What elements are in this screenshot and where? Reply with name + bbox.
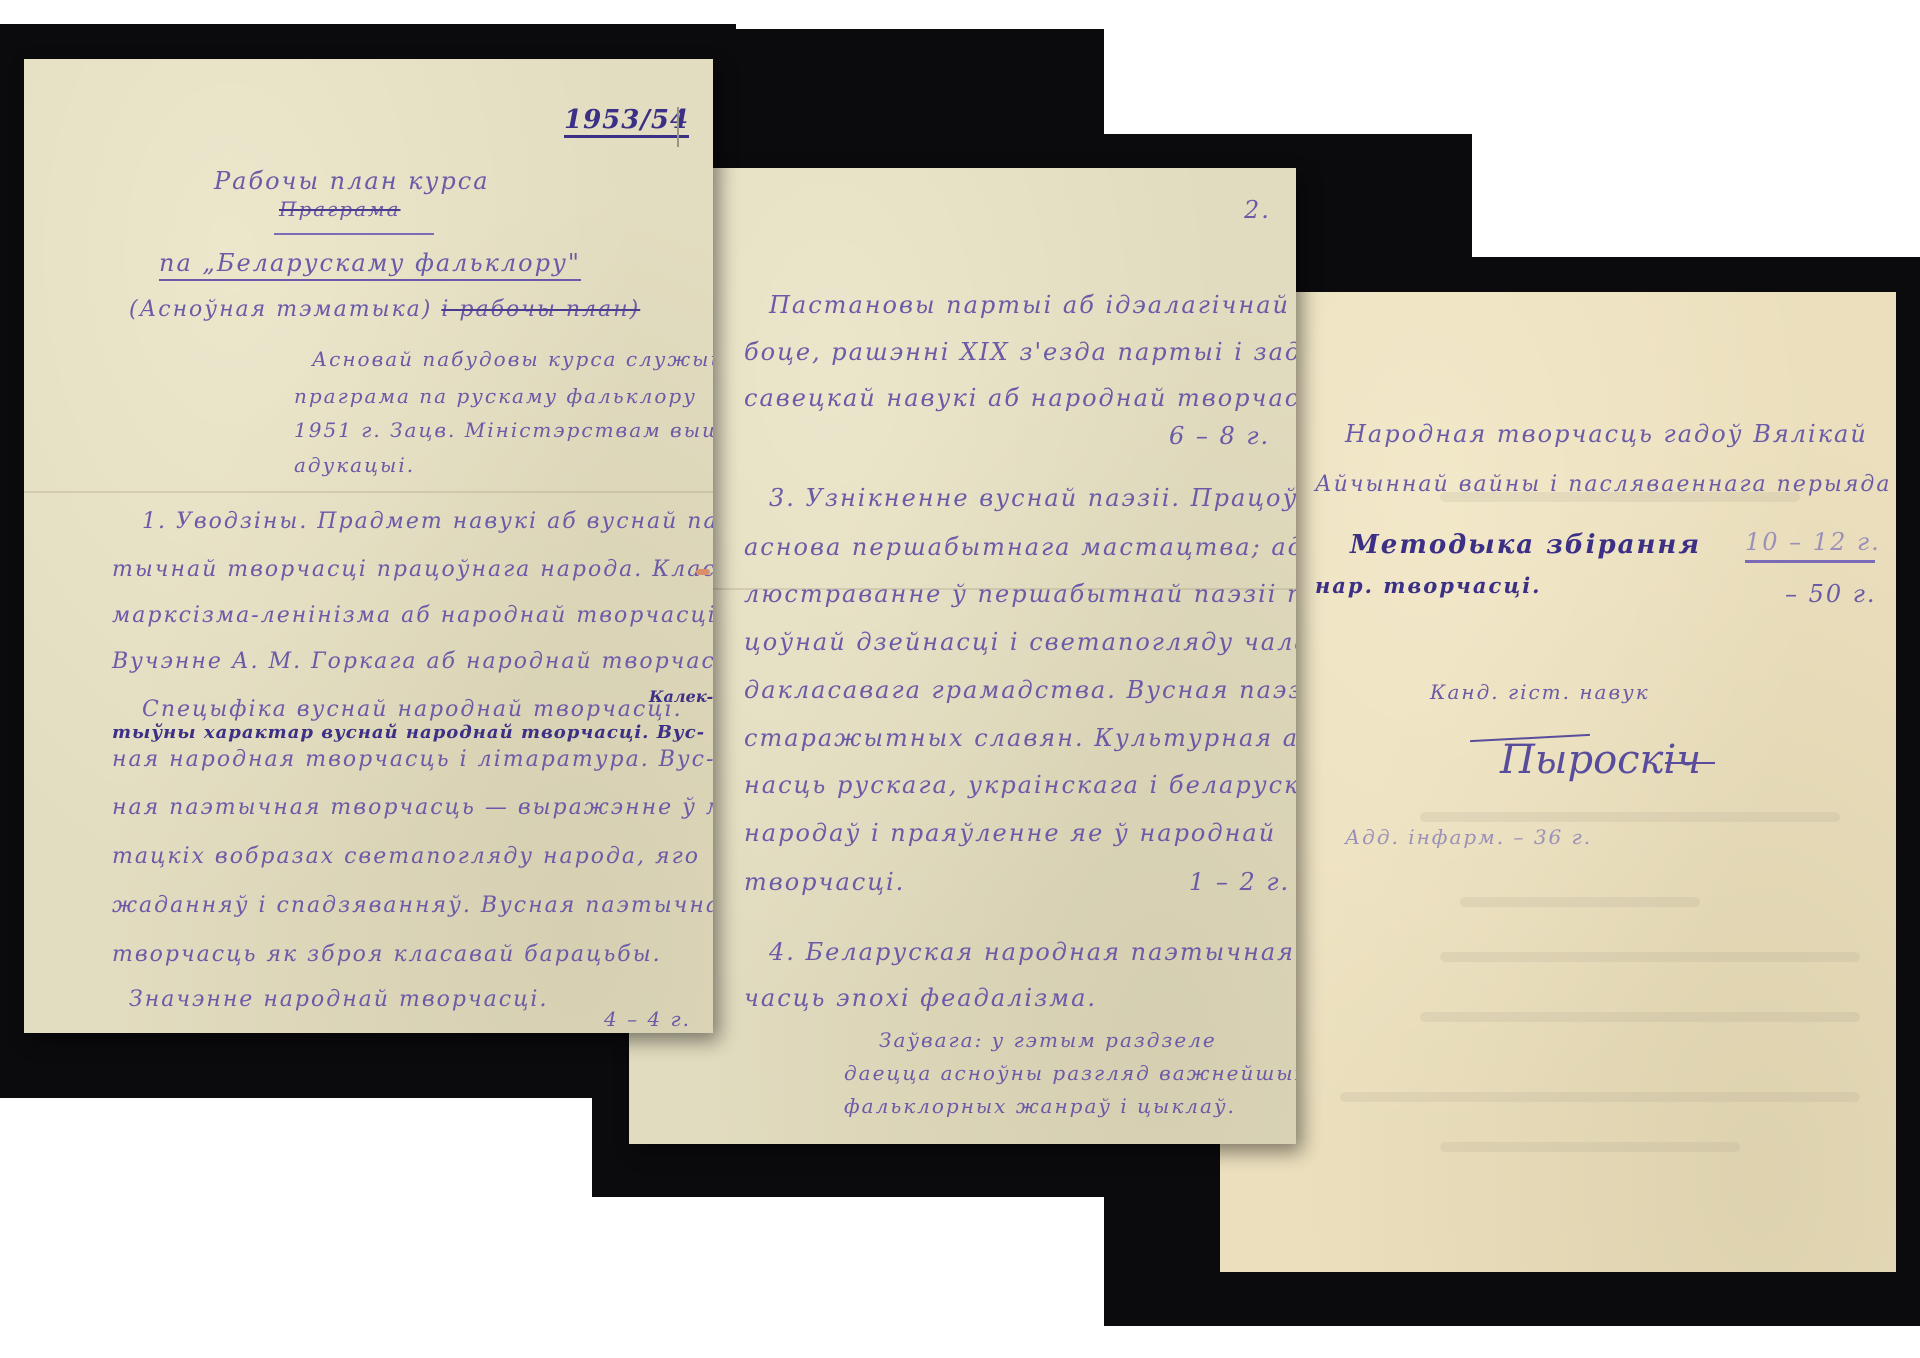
document-page-1: 1953/54 Рабочы план курса Праграма па „Б… <box>24 59 713 1033</box>
text-line: нар. творчасці. <box>1315 575 1542 596</box>
text-line: боце, рашэнні XIX з'езда партыі і задачы <box>744 340 1296 364</box>
heading-struck-word: Праграма <box>279 199 401 219</box>
section-3-line: люстраванне ў першабытнай паэзіі пра- <box>744 582 1296 606</box>
section-3-line: 3. Узнікненне вуснай паэзіі. Працоўная <box>769 486 1296 510</box>
red-mark <box>696 569 710 575</box>
page-number: 2. <box>1244 198 1271 222</box>
hours-label: 6 – 8 г. <box>1169 424 1270 448</box>
note-line: даецца асноўны разгляд важнейшых <box>844 1063 1296 1083</box>
section-2-line: ная народная творчасць і літаратура. Вус… <box>112 749 713 771</box>
total-hours: – 50 г. <box>1785 582 1877 606</box>
heading-struck-plan: і рабочы план) <box>441 297 640 322</box>
heading-rule <box>274 233 434 235</box>
section-3-line: творчасці. <box>744 870 905 894</box>
intro-line: 1951 г. Зацв. Міністэрствам вышэйш. <box>294 420 713 440</box>
signature: Пыроскіч <box>1500 737 1701 783</box>
year-mark: 1953/54 <box>564 107 689 138</box>
hours-label: 10 – 12 г. <box>1745 530 1881 554</box>
text-line: Пастановы партыі аб ідэалагічнай ра- <box>769 293 1296 317</box>
bleed-through-line <box>1440 1142 1740 1152</box>
section-1-line: тычнай творчасці працоўнага народа. Клас… <box>112 559 713 581</box>
section-2-line: тыўны характар вуснай народнай творчасці… <box>112 724 705 742</box>
section-3-line: старажытных славян. Культурная агуль- <box>744 726 1296 750</box>
section-3-line: аснова першабытнага мастацтва; ад- <box>744 535 1296 559</box>
note-line: фальклорных жанраў і цыклаў. <box>844 1096 1236 1116</box>
intro-line: Асновай пабудовы курса служыць <box>312 349 713 369</box>
intro-line: адукацыі. <box>294 455 415 475</box>
text-line: Айчыннай вайны і пасляваеннага перыяда <box>1315 474 1891 496</box>
section-2-line: творчасць як зброя класавай барацьбы. <box>112 944 662 966</box>
heading-line-1: Рабочы план курса <box>214 169 490 193</box>
bleed-through-line <box>1420 812 1840 822</box>
signature-stroke <box>1665 762 1715 764</box>
section-2-line: ная паэтычная творчасць — выражэнне ў ма… <box>112 797 713 819</box>
bleed-through-line <box>1460 897 1700 907</box>
section-2-line: Значэнне народнай творчасці. <box>129 989 548 1011</box>
bleed-through-line <box>1340 1092 1860 1102</box>
section-2-line: жаданняў і спадзяванняў. Вусная паэтычна… <box>112 895 713 917</box>
section-2-line: Спецыфіка вуснай народнай творчасці. <box>142 699 683 721</box>
text-line: Народная творчасць гадоў Вялікай <box>1345 422 1868 446</box>
section-3-line: дакласавага грамадства. Вусная паэзія <box>744 678 1296 702</box>
intro-line: праграма па рускаму фальклору <box>294 386 697 406</box>
text-line: Методыка збірання <box>1350 532 1701 558</box>
heading-theme: (Асноўная тэматыка) <box>129 297 432 322</box>
section-3-line: цоўнай дзейнасці і светапогляду чалавека <box>744 630 1296 654</box>
section-1-line: Вучэнне А. М. Горкага аб народнай творча… <box>112 651 713 673</box>
section-2-line: тацкіх вобразах светапогляду народа, яго <box>112 846 700 868</box>
section-4-line: часць эпохі феадалізма. <box>744 986 1097 1010</box>
heading-line-3: (Асноўная тэматыка) і рабочы план) <box>129 299 640 321</box>
text-line: савецкай навукі аб народнай творчасці. <box>744 386 1296 410</box>
section-1-line: марксізма-ленінізма аб народнай творчасц… <box>112 605 713 627</box>
signature-title: Канд. гіст. навук <box>1430 682 1650 702</box>
hours-label: 4 – 4 г. <box>604 1009 691 1029</box>
section-1-line: 1. Уводзіны. Прадмет навукі аб вуснай па… <box>142 511 713 533</box>
section-3-line: насць рускага, украінскага і беларускага <box>744 773 1296 797</box>
paper-fold <box>24 491 713 493</box>
bleed-through-line <box>1420 1012 1860 1022</box>
bleed-through-line <box>1440 952 1860 962</box>
hours-label: 1 – 2 г. <box>1189 870 1290 894</box>
margin-pencil-mark <box>677 107 679 147</box>
document-page-2: 2. Пастановы партыі аб ідэалагічнай ра- … <box>629 168 1296 1144</box>
note-line: Заўвага: у гэтым раздзеле <box>879 1030 1217 1050</box>
extra-hours: Адд. інфарм. – 36 г. <box>1345 827 1592 847</box>
document-page-3: Народная творчасць гадоў Вялікай Айчынна… <box>1220 292 1896 1272</box>
section-3-line: народаў і праяўленне яе ў народнай <box>744 821 1276 845</box>
heading-line-2: па „Беларускаму фальклору" <box>159 251 581 281</box>
total-rule <box>1745 560 1875 563</box>
section-4-line: 4. Беларуская народная паэтычная твор- <box>769 940 1296 964</box>
